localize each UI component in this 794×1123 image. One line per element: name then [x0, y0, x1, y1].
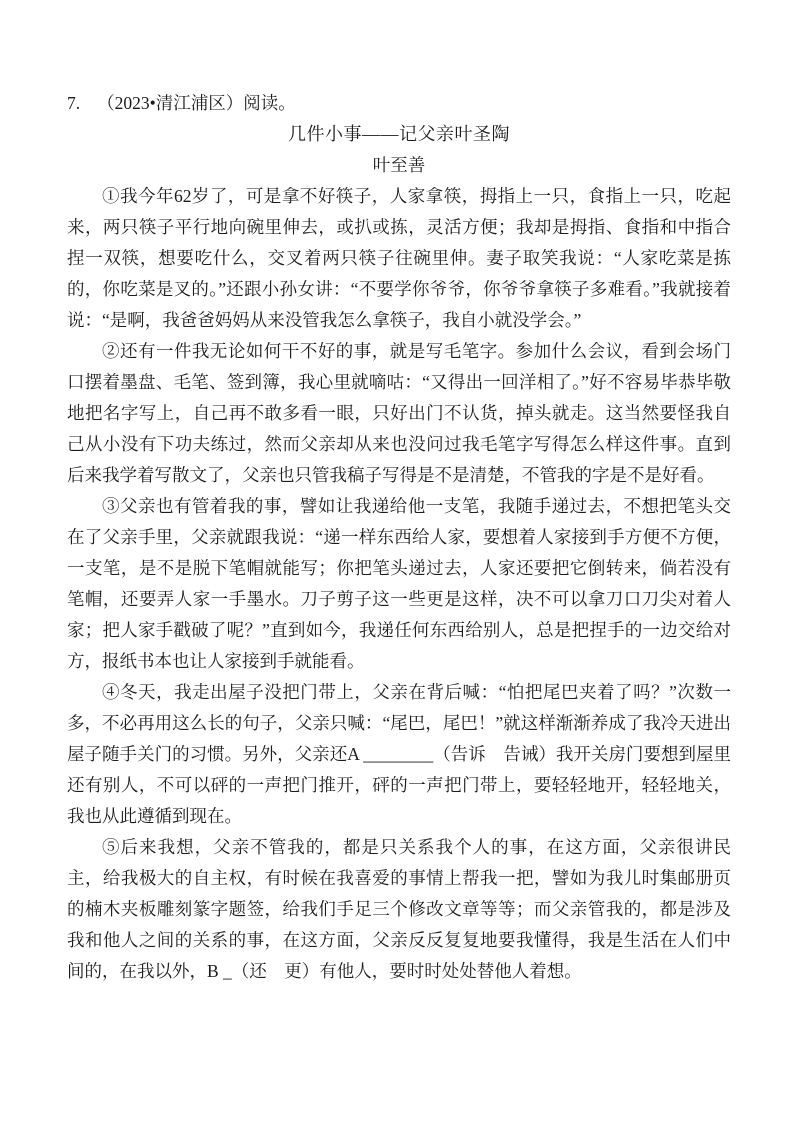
- article-paragraph-4: ④冬天，我走出屋子没把门带上，父亲在背后喊：“怕把尾巴夹着了吗？”次数一多，不必…: [67, 677, 731, 832]
- question-number: 7.: [67, 88, 80, 119]
- article-author: 叶至善: [67, 150, 731, 181]
- article-paragraph-3: ③父亲也有管着我的事，譬如让我递给他一支笔，我随手递过去，不想把笔头交在了父亲手…: [67, 491, 731, 677]
- document-content: 7.（2023•清江浦区）阅读。 几件小事——记父亲叶圣陶 叶至善 ①我今年62…: [67, 88, 731, 987]
- article-paragraph-5: ⑤后来我想，父亲不管我的，都是只关系我个人的事，在这方面，父亲很讲民主，给我极大…: [67, 832, 731, 987]
- article-paragraph-1: ①我今年62岁了，可是拿不好筷子，人家拿筷，拇指上一只，食指上一只，吃起来，两只…: [67, 181, 731, 336]
- article-title: 几件小事——记父亲叶圣陶: [67, 119, 731, 150]
- question-header: 7.（2023•清江浦区）阅读。: [67, 88, 731, 119]
- article-paragraph-2: ②还有一件我无论如何干不好的事，就是写毛笔字。参加什么会议，看到会场门口摆着墨盘…: [67, 336, 731, 491]
- document-page: 7.（2023•清江浦区）阅读。 几件小事——记父亲叶圣陶 叶至善 ①我今年62…: [0, 0, 794, 1123]
- question-source: （2023•清江浦区）阅读。: [97, 93, 296, 113]
